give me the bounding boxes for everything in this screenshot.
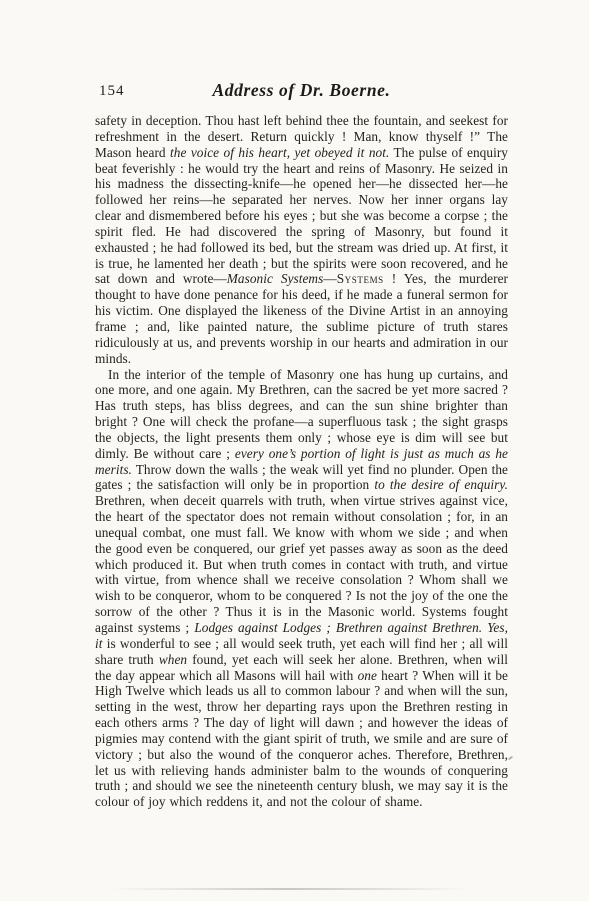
text-segment: heart ? When will it be High Twelve whic…	[95, 668, 508, 810]
ink-speck	[505, 733, 508, 735]
paragraph: safety in deception. Thou hast left behi…	[95, 113, 508, 367]
text-segment: when	[159, 652, 187, 667]
scanned-book-page: 154 Address of Dr. Boerne. safety in dec…	[0, 0, 589, 901]
ink-speck	[508, 756, 513, 761]
page-number: 154	[99, 83, 125, 100]
text-segment: Lodges against Lodges ; Brethren against…	[194, 620, 482, 635]
text-segment: to the desire of enquiry.	[374, 477, 508, 492]
page-title: Address of Dr. Boerne.	[95, 80, 508, 101]
text-segment: —	[323, 271, 336, 286]
text-segment: the voice of his heart, yet obeyed it no…	[170, 145, 389, 160]
text-segment: Brethren, when deceit quarrels with trut…	[95, 493, 508, 635]
text-segment: Masonic Systems	[227, 271, 324, 286]
paragraph: In the interior of the temple of Masonry…	[95, 367, 508, 811]
text-segment: Systems	[337, 271, 384, 286]
page-header: 154 Address of Dr. Boerne.	[95, 80, 508, 104]
text-segment: The pulse of enquiry beat feverishly : h…	[95, 145, 508, 287]
text-segment: one	[358, 668, 377, 683]
scan-artifact	[110, 888, 470, 890]
page-body: safety in deception. Thou hast left behi…	[95, 113, 508, 810]
